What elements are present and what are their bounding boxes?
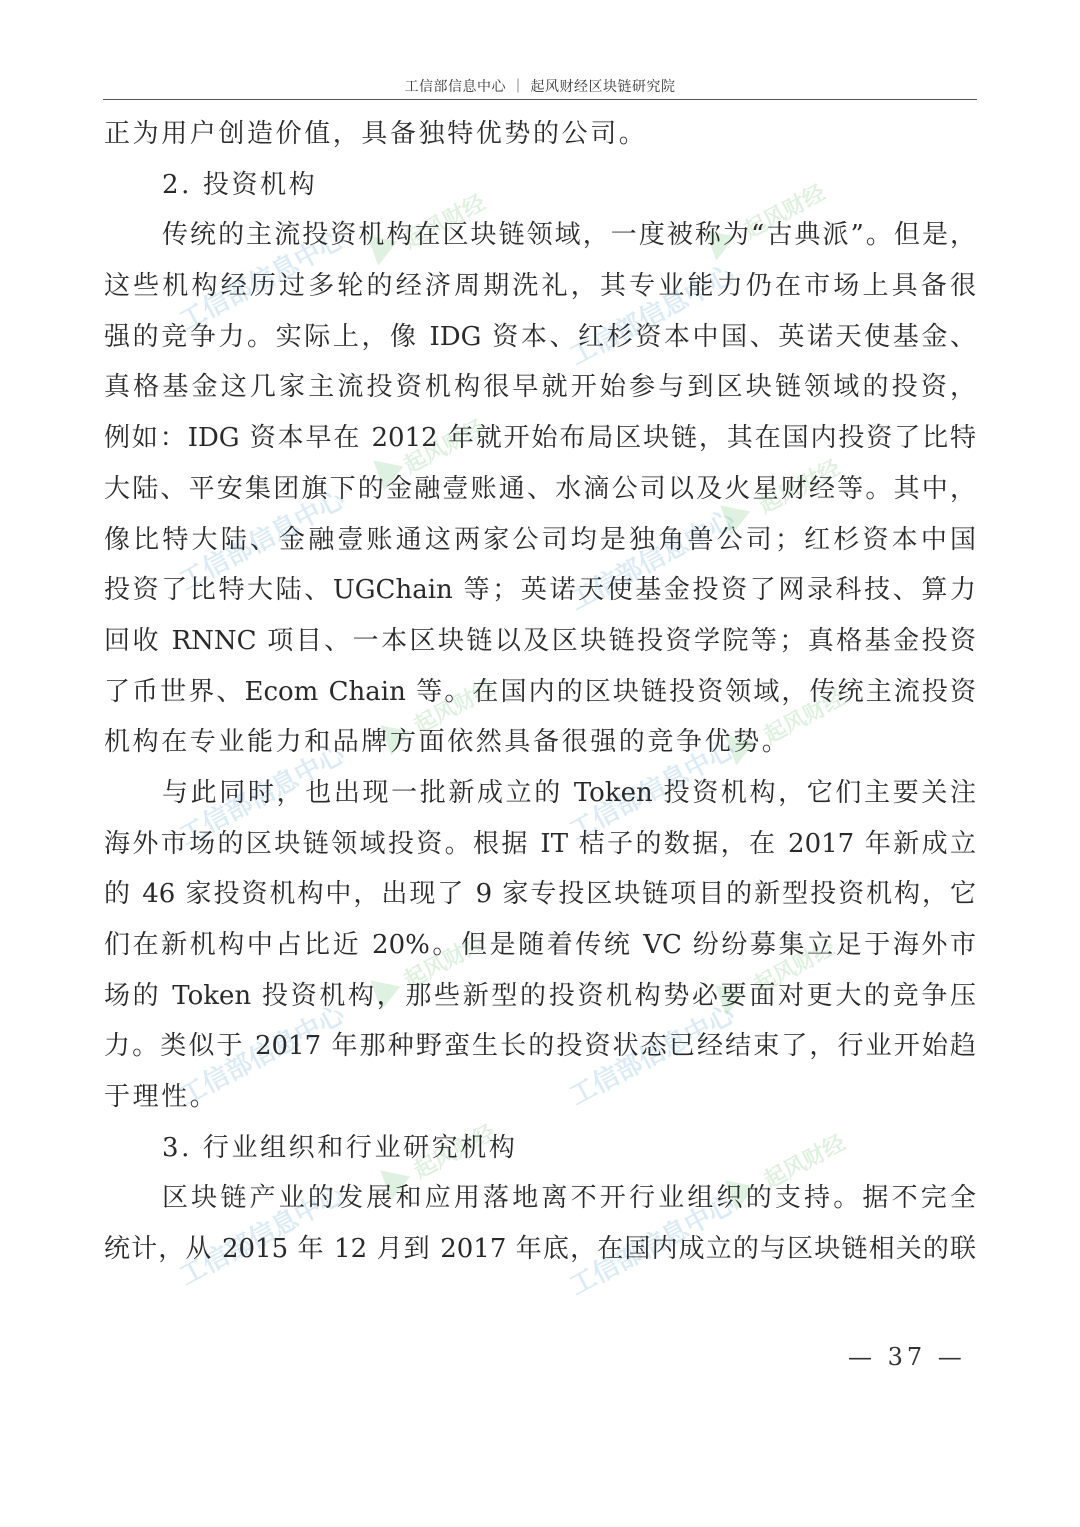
- paragraph-line: 强的竞争力。实际上，像 IDG 资本、红杉资本中国、英诺天使基金、: [104, 312, 976, 363]
- section-heading-investment-institutions: 2. 投资机构: [104, 160, 976, 211]
- paragraph-line: 海外市场的区块链领域投资。根据 IT 桔子的数据，在 2017 年新成立: [104, 819, 976, 870]
- running-header: 工信部信息中心 ｜ 起风财经区块链研究院: [103, 76, 977, 96]
- paragraph-line: 于理性。: [104, 1072, 976, 1123]
- paragraph-line: 机构在专业能力和品牌方面依然具备很强的竞争优势。: [104, 717, 976, 768]
- paragraph-line: 这些机构经历过多轮的经济周期洗礼，其专业能力仍在市场上具备很: [104, 261, 976, 312]
- paragraph-line: 大陆、平安集团旗下的金融壹账通、水滴公司以及火星财经等。其中，: [104, 464, 976, 515]
- paragraph-line: 力。类似于 2017 年那种野蛮生长的投资状态已经结束了，行业开始趋: [104, 1021, 976, 1072]
- paragraph-line: 统计，从 2015 年 12 月到 2017 年底，在国内成立的与区块链相关的联: [104, 1224, 976, 1275]
- paragraph-line: 投资了比特大陆、UGChain 等；英诺天使基金投资了网录科技、算力: [104, 565, 976, 616]
- paragraph-line: 们在新机构中占比近 20%。但是随着传统 VC 纷纷募集立足于海外市: [104, 920, 976, 971]
- section-heading-industry-organizations: 3. 行业组织和行业研究机构: [104, 1123, 976, 1174]
- paragraph-line: 与此同时，也出现一批新成立的 Token 投资机构，它们主要关注: [104, 768, 976, 819]
- paragraph-line: 的 46 家投资机构中，出现了 9 家专投区块链项目的新型投资机构，它: [104, 869, 976, 920]
- paragraph-line: 正为用户创造价值，具备独特优势的公司。: [104, 109, 976, 160]
- paragraph-line: 传统的主流投资机构在区块链领域，一度被称为“古典派”。但是，: [104, 210, 976, 261]
- paragraph-line: 场的 Token 投资机构，那些新型的投资机构势必要面对更大的竞争压: [104, 971, 976, 1022]
- paragraph-line: 例如：IDG 资本早在 2012 年就开始布局区块链，其在国内投资了比特: [104, 413, 976, 464]
- paragraph-line: 回收 RNNC 项目、一本区块链以及区块链投资学院等；真格基金投资: [104, 616, 976, 667]
- paragraph-line: 像比特大陆、金融壹账通这两家公司均是独角兽公司；红杉资本中国: [104, 515, 976, 566]
- paragraph-line: 了币世界、Ecom Chain 等。在国内的区块链投资领域，传统主流投资: [104, 667, 976, 718]
- page-number: — 37 —: [848, 1343, 966, 1371]
- document-body: 正为用户创造价值，具备独特优势的公司。 2. 投资机构 传统的主流投资机构在区块…: [104, 109, 976, 1275]
- paragraph-line: 区块链产业的发展和应用落地离不开行业组织的支持。据不完全: [104, 1173, 976, 1224]
- header-divider: [103, 99, 977, 100]
- paragraph-line: 真格基金这几家主流投资机构很早就开始参与到区块链领域的投资，: [104, 362, 976, 413]
